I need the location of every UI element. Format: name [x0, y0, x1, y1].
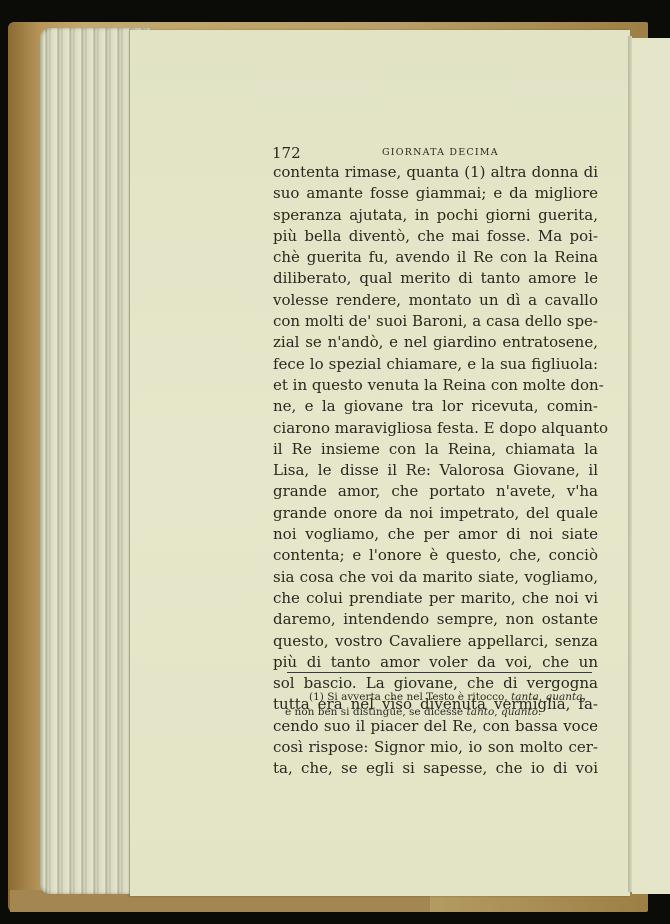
footnote-text: .	[538, 706, 541, 718]
text-line: grande amor, che portato n'avete, v'ha	[273, 481, 598, 502]
footnote-italic: quanta	[545, 691, 582, 703]
text-line: et in questo venuta la Reina con molte d…	[273, 375, 598, 396]
text-line: così rispose: Signor mio, io son molto c…	[273, 737, 598, 758]
text-line: che colui prendiate per marito, che noi …	[273, 588, 598, 609]
text-line: questo, vostro Cavaliere appellarci, sen…	[273, 631, 598, 652]
text-line: sia cosa che voi da marito siate, voglia…	[273, 567, 598, 588]
text-line: volesse rendere, montato un dì a cavallo	[273, 290, 598, 311]
text-line: Lisa, le disse il Re: Valorosa Giovane, …	[273, 460, 598, 481]
text-line: speranza ajutata, in pochi giorni guerit…	[273, 205, 598, 226]
text-line: diliberato, qual merito di tanto amore l…	[273, 268, 598, 289]
text-line: ta, che, se egli si sapesse, che io di v…	[273, 758, 598, 779]
footnote-line: (1) Si avverta che nel Testo è ritocco, …	[285, 690, 610, 705]
text-line: contenta rimase, quanta (1) altra donna …	[273, 162, 598, 183]
text-line: chè guerita fu, avendo il Re con la Rein…	[273, 247, 598, 268]
footnote-text: ,	[582, 691, 585, 703]
text-line: zial se n'andò, e nel giardino entratose…	[273, 332, 598, 353]
footnote-line: e non ben si distingue, se dicesse tanto…	[285, 705, 610, 720]
text-line: ne, e la giovane tra lor ricevuta, comin…	[273, 396, 598, 417]
facing-page-edge	[632, 38, 670, 894]
text-line: suo amante fosse giammai; e da migliore	[273, 183, 598, 204]
text-line: il Re insieme con la Reina, chiamata la	[273, 439, 598, 460]
page-number: 172	[272, 144, 301, 162]
footnote-text: (1) Si avverta che nel Testo è ritocco,	[309, 691, 511, 703]
footnote-rule	[287, 672, 592, 673]
text-line: con molti de' suoi Baroni, a casa dello …	[273, 311, 598, 332]
text-line: più di tanto amor voler da voi, che un	[273, 652, 598, 673]
text-line: noi vogliamo, che per amor di noi siate	[273, 524, 598, 545]
text-line: fece lo spezial chiamare, e la sua figli…	[273, 354, 598, 375]
footnote-text: e non ben si distingue, se dicesse	[285, 706, 466, 718]
footnote: (1) Si avverta che nel Testo è ritocco, …	[285, 690, 610, 720]
text-line: contenta; e l'onore è questo, che, conci…	[273, 545, 598, 566]
footnote-text: ,	[494, 706, 501, 718]
footnote-italic: tanta	[511, 691, 539, 703]
text-line: grande onore da noi impetrato, del quale	[273, 503, 598, 524]
footnote-italic: tanto	[466, 706, 494, 718]
running-head: GIORNATA DECIMA	[382, 147, 499, 158]
text-line: più bella diventò, che mai fosse. Ma poi…	[273, 226, 598, 247]
page-header: 172 GIORNATA DECIMA	[272, 144, 622, 160]
footnote-italic: quanto	[501, 706, 538, 718]
text-line: ciarono maravigliosa festa. E dopo alqua…	[273, 418, 598, 439]
text-line: daremo, intendendo sempre, non ostante	[273, 609, 598, 630]
body-text: contenta rimase, quanta (1) altra donna …	[273, 162, 598, 780]
